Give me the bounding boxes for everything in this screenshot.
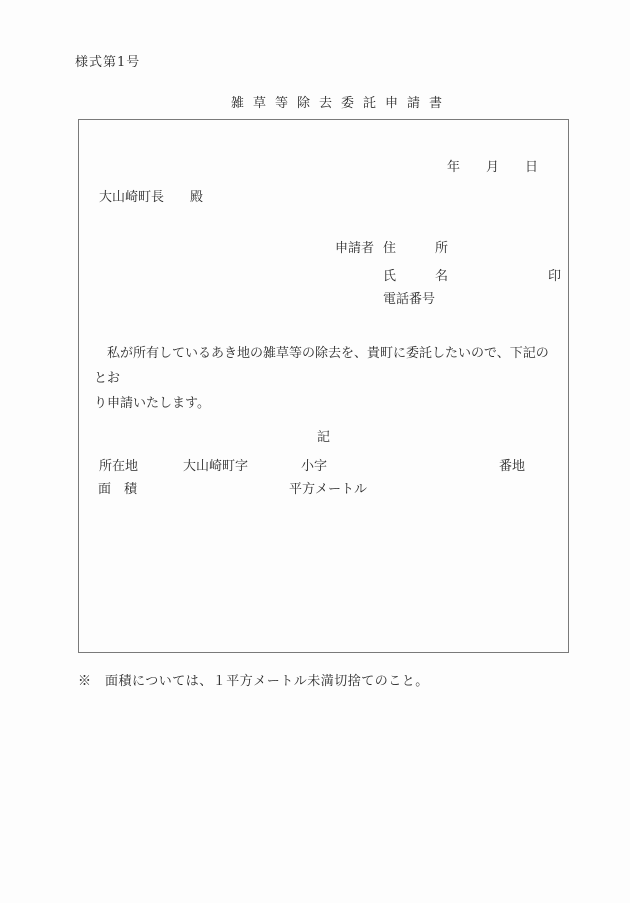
addressee-line: 大山崎町長 殿 [99, 186, 203, 205]
request-body-line1: 私が所有しているあき地の雑草等の除去を、貴町に委託したいので、下記のとお [94, 346, 549, 386]
request-body-text: 私が所有しているあき地の雑草等の除去を、貴町に委託したいので、下記のとお り申請… [94, 341, 560, 416]
document-page: 様式第1号 雑草等除去委託申請書 年 月 日 大山崎町長 殿 申請者 住 所 氏… [0, 0, 630, 903]
record-heading: 記 [79, 426, 568, 445]
seal-mark-label: 印 [548, 265, 561, 284]
applicant-name-label: 氏 名 [383, 265, 448, 284]
application-form-box: 年 月 日 大山崎町長 殿 申請者 住 所 氏 名 印 電話番号 私が所有してい… [78, 119, 569, 653]
applicant-label: 申請者 [335, 237, 374, 256]
location-banchi-label: 番地 [499, 455, 525, 474]
document-title: 雑草等除去委託申請書 [78, 92, 568, 111]
area-unit-label: 平方メートル [289, 478, 367, 497]
location-koaza-label: 小字 [301, 455, 327, 474]
date-line: 年 月 日 [447, 156, 538, 175]
location-municipality-prefix: 大山崎町字 [183, 455, 248, 474]
applicant-phone-label: 電話番号 [383, 288, 435, 307]
area-label: 面 積 [98, 478, 137, 497]
request-body-line2: り申請いたします。 [94, 396, 210, 411]
applicant-address-label: 住 所 [383, 237, 448, 256]
location-label: 所在地 [99, 455, 138, 474]
form-number: 様式第1号 [75, 51, 140, 70]
footnote: ※ 面積については、１平方メートル未満切捨てのこと。 [78, 670, 429, 689]
